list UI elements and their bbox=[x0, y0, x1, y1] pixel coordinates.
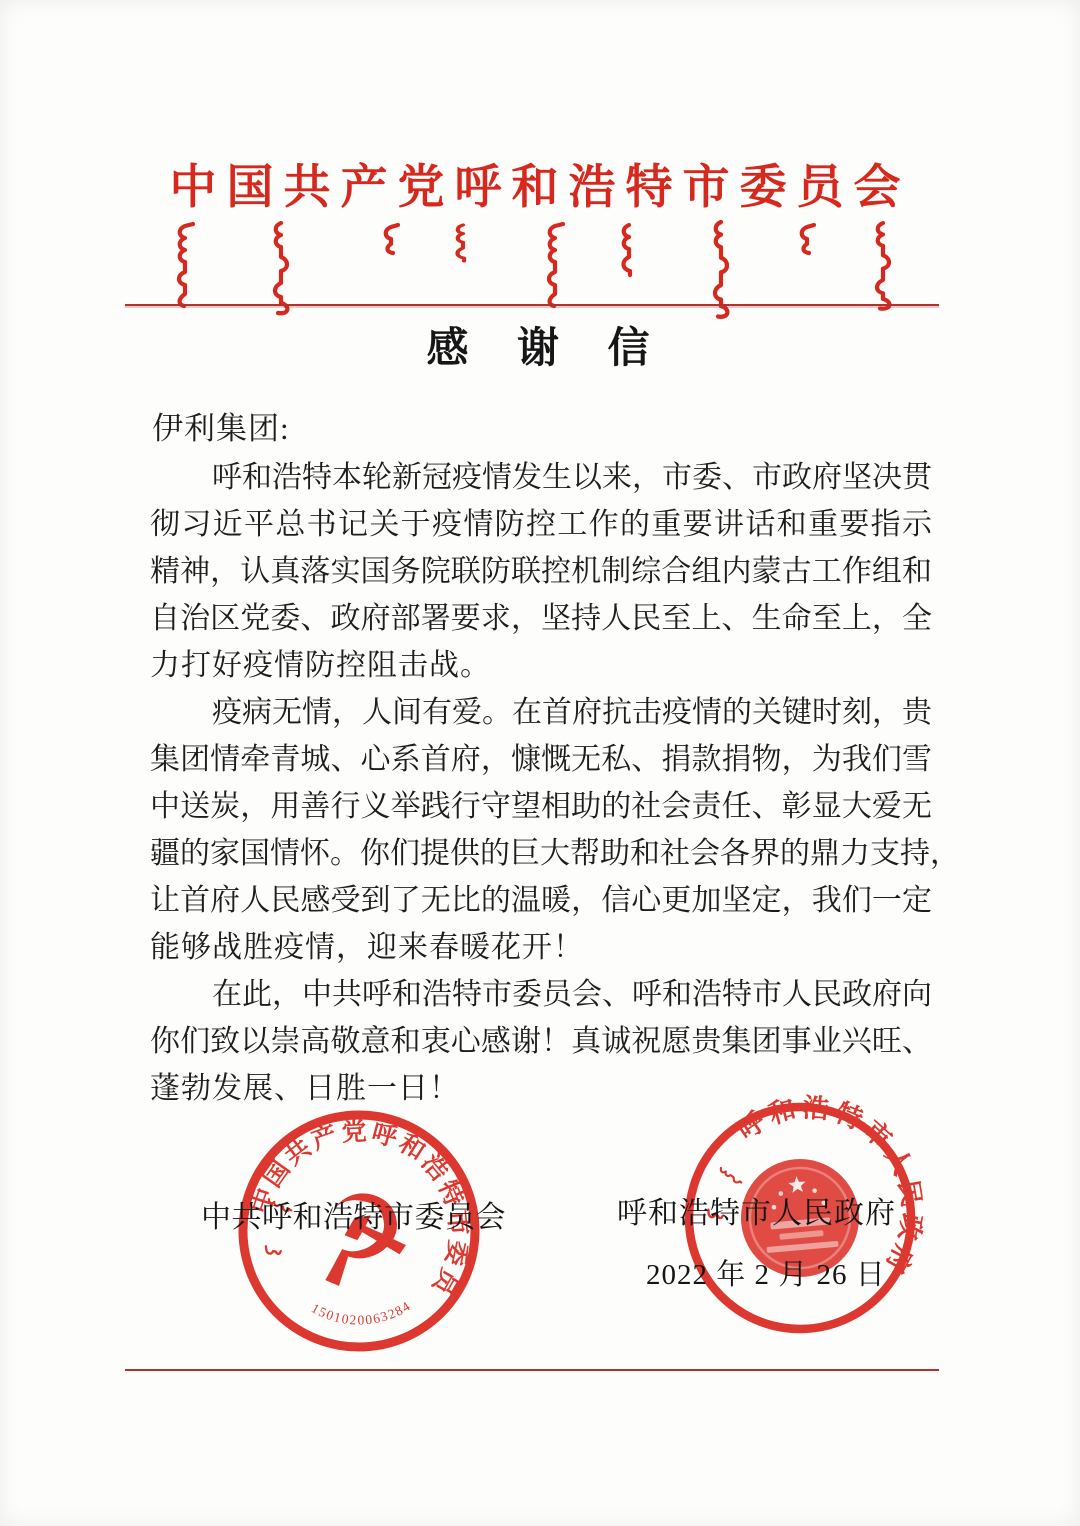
body-line: 精神，认真落实国务院联防联控机制综合组内蒙古工作组和 bbox=[150, 548, 932, 595]
body-line: 能够战胜疫情，迎来春暖花开！ bbox=[150, 924, 932, 971]
scanned-letter-page: 中国共产党呼和浩特市委员会 感 谢 信 伊利集团: bbox=[0, 0, 1080, 1526]
body-line: 力打好疫情防控阻击战。 bbox=[150, 642, 932, 689]
mongolian-word bbox=[549, 224, 563, 306]
mongolian-word bbox=[623, 225, 630, 275]
document-title: 感 谢 信 bbox=[0, 322, 1080, 376]
body-line: 集团情牵青城、心系首府，慷慨无私、捐款捐物，为我们雪 bbox=[150, 736, 932, 783]
body-line: 彻习近平总书记关于疫情防控工作的重要讲话和重要指示 bbox=[150, 501, 932, 548]
mongolian-word bbox=[715, 222, 727, 317]
mongolian-word bbox=[457, 225, 464, 261]
letter-date: 2022 年 2 月 26 日 bbox=[646, 1252, 886, 1293]
mongolian-word bbox=[386, 225, 398, 253]
mongolian-word bbox=[275, 223, 287, 313]
mongolian-word bbox=[179, 224, 193, 306]
salutation: 伊利集团: bbox=[152, 406, 290, 452]
letterhead-org-name: 中国共产党呼和浩特市委员会 bbox=[0, 158, 1080, 218]
body-line: 呼和浩特本轮新冠疫情发生以来，市委、市政府坚决贯 bbox=[150, 454, 932, 501]
header-divider-rule bbox=[125, 304, 939, 306]
mongolian-word bbox=[802, 225, 814, 253]
body-line: 你们致以崇高敬意和衷心感谢！真诚祝愿贵集团事业兴旺、 bbox=[150, 1018, 932, 1065]
body-line: 中送炭，用善行义举践行守望相助的社会责任、彰显大爱无 bbox=[150, 783, 932, 830]
hammer-and-sickle-icon: ☭ bbox=[296, 1166, 427, 1316]
body-line: 自治区党委、政府部署要求，坚持人民至上、生命至上，全 bbox=[150, 595, 932, 642]
body-line: 让首府人民感受到了无比的温暖，信心更加坚定，我们一定 bbox=[150, 877, 932, 924]
mongolian-word bbox=[877, 223, 889, 309]
signature-party-committee: 中共呼和浩特市委员会 bbox=[201, 1192, 506, 1236]
body-line: 疆的家国情怀。你们提供的巨大帮助和社会各界的鼎力支持， bbox=[150, 830, 932, 877]
body-line: 在此，中共呼和浩特市委员会、呼和浩特市人民政府向 bbox=[150, 971, 932, 1018]
signature-government: 呼和浩特市人民政府 bbox=[617, 1188, 896, 1232]
body-line: 疫病无情，人间有爱。在首府抗击疫情的关键时刻，贵 bbox=[150, 689, 932, 736]
letter-body: 呼和浩特本轮新冠疫情发生以来，市委、市政府坚决贯 彻习近平总书记关于疫情防控工作… bbox=[150, 454, 932, 1112]
footer-rule bbox=[125, 1369, 939, 1371]
